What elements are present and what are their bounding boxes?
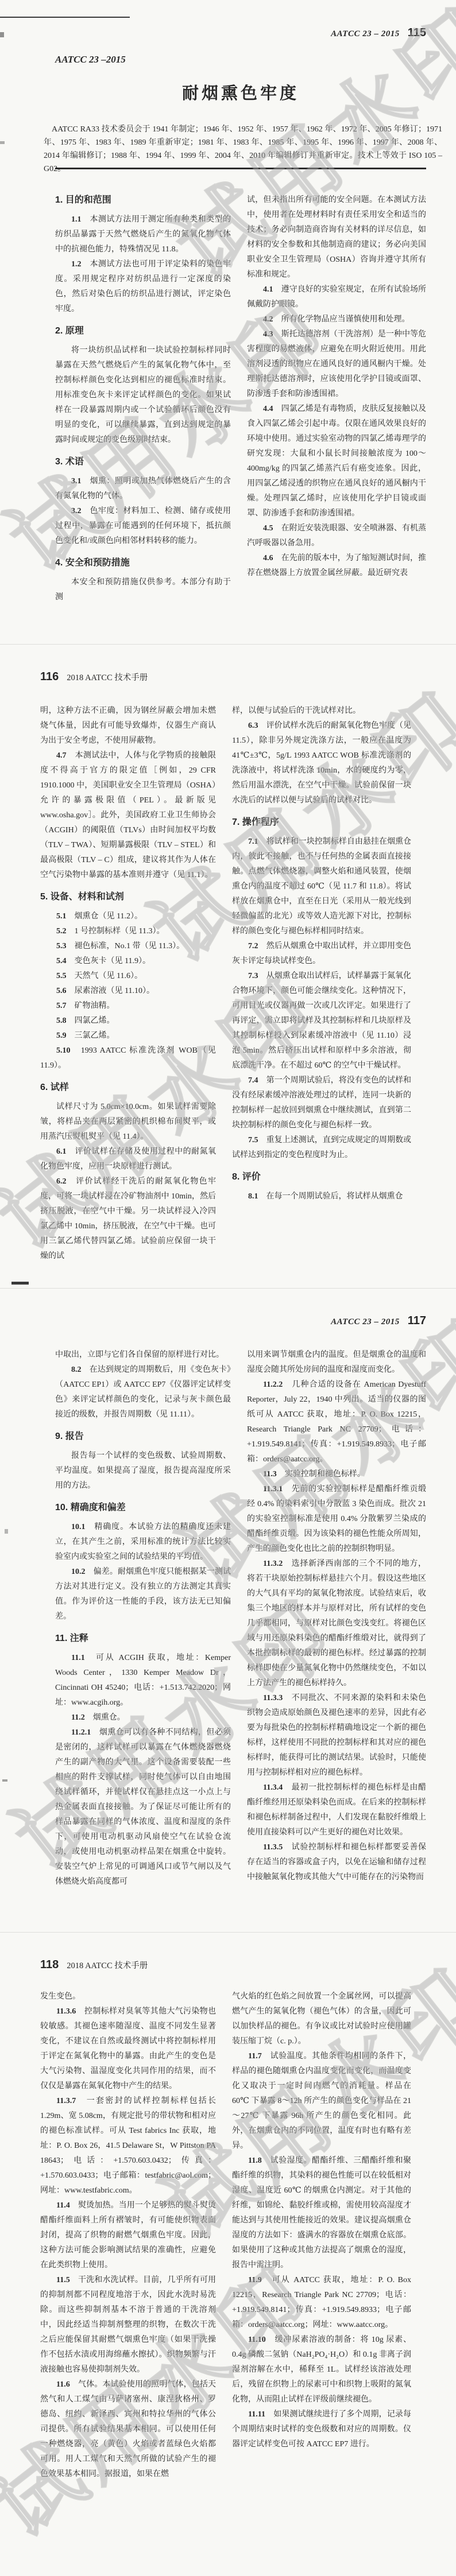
paragraph: 11.2.2几种合适的设备在 American Dyestuff Reporte… bbox=[247, 1378, 426, 1467]
scan-artifact bbox=[11, 1282, 29, 1285]
paragraph: 5.101993 AATCC 标准洗涤剂 WOB（见 11.9）。 bbox=[40, 1043, 216, 1073]
paragraph: 6.3评价试样水洗后的耐氮氧化物色牢度（见 11.5），除非另外规定洗涤方法，一… bbox=[232, 719, 411, 808]
clause-number: 11.3.2 bbox=[263, 1559, 292, 1568]
paragraph: 11.3.6控制标样对臭氧等其他大气污染物也较敏感。其褪色速率随湿度、温度不同发… bbox=[40, 2004, 216, 2094]
paragraph: 7.1将试样和一块控制标样自由悬挂在烟熏仓内，彼此不接触，也不与任何热的金属表面… bbox=[232, 835, 411, 939]
paragraph: 7.2然后从烟熏仓中取出试样，并立即用变色灰卡评定每块试样变色。 bbox=[232, 939, 411, 969]
clause-text: 气火焰的红色焰之间放置一个金属丝网，可以提高燃气产生的氮氧化物（褪色气体）的含量… bbox=[232, 1992, 411, 2046]
section-heading: 5. 设备、材料和试剂 bbox=[40, 890, 216, 905]
clause-number: 8.1 bbox=[248, 1192, 266, 1201]
clause-text: 发生变色。 bbox=[40, 1992, 80, 2001]
paragraph: 1.1本测试方法用于测定所有种类和类型的纺织品暴露于天然气燃烧后产生的氮氧化物气… bbox=[55, 212, 231, 257]
clause-text: 试验湿度。醋酯纤维、三醋酯纤维和聚酯纤维的织物，其染料的褪色性能可以在较低相对湿… bbox=[232, 2156, 411, 2269]
paragraph: 5.8四氯乙烯。 bbox=[40, 1014, 216, 1029]
paragraph: 将一块纺织品试样和一块试验控制标样同时暴露在天然气燃烧后产生的氮氧化物气体中，至… bbox=[55, 343, 231, 448]
document-title: 耐烟熏色牢度 bbox=[55, 80, 426, 104]
paragraph: 5.6尿素溶液（见 11.10）。 bbox=[40, 984, 216, 999]
paragraph: 中取出，立即与它们各自保留的原样进行对比。 bbox=[55, 1348, 231, 1363]
clause-number: 10.1 bbox=[71, 1523, 94, 1531]
paragraph: 11.3实验控制和褪色标样。 bbox=[247, 1467, 426, 1482]
scanned-document: 试用水印 试用水印 AATCC 23 – 2015115 AATCC 23 –2… bbox=[0, 0, 456, 2576]
section-heading: 10. 精确度和偏差 bbox=[55, 1500, 231, 1515]
two-column-body: 中取出，立即与它们各自保留的原样进行对比。8.2在达到规定的周期数后，用《变色灰… bbox=[55, 1348, 426, 1890]
clause-text: 将试样和一块控制标样自由悬挂在烟熏仓内，彼此不接触，也不与任何热的金属表面直接接… bbox=[232, 837, 411, 936]
clause-number: 4.2 bbox=[263, 315, 281, 324]
paragraph: 4.2所有化学物品应当谨慎使用和处理。 bbox=[247, 312, 426, 327]
clause-number: 1.1 bbox=[71, 215, 90, 224]
paragraph: 11.10缓冲尿素溶液的制备：将 10g 尿素、0.4g 磷酸二氢钠（NaH₂P… bbox=[232, 2333, 411, 2407]
two-column-body: 1. 目的和范围1.1本测试方法用于测定所有种类和类型的纺织品暴露于天然气燃烧后… bbox=[55, 193, 426, 605]
running-header: AATCC 23 – 2015117 bbox=[55, 1314, 426, 1328]
clause-text: 试，但未指出所有可能的安全问题。在本测试方法中，使用者在处理材料时有责任采用安全… bbox=[247, 196, 426, 279]
clause-text: 以用来调节烟熏仓内的温度。但是烟熏仓的温度和湿度会随其所处房间的温度和湿度而变化… bbox=[247, 1351, 426, 1374]
clause-text: 控制标样对臭氧等其他大气污染物也较敏感。其褪色速率随湿度、温度不同发生显著变化，… bbox=[40, 2007, 216, 2090]
paragraph: 以用来调节烟熏仓内的温度。但是烟熏仓的温度和湿度会随其所处房间的温度和湿度而变化… bbox=[247, 1348, 426, 1378]
section-heading: 2. 原理 bbox=[55, 324, 231, 339]
column-left: 明，这种方法不正确，因为钢丝屏蔽会增加未燃烧气体量，因此有可能导致爆炸，仪器生产… bbox=[40, 704, 216, 1264]
section-heading: 4. 安全和预防措施 bbox=[55, 556, 231, 571]
clause-text: 1 号控制标样（见 11.3）。 bbox=[75, 927, 165, 936]
paragraph: 11.3.7一套密封的试样控制标样包括长 1.29m、宽 5.08cm，有规定批… bbox=[40, 2094, 216, 2198]
clause-number: 11.11 bbox=[248, 2410, 273, 2419]
scan-artifact bbox=[0, 32, 4, 37]
paragraph: 4.7本测试法中，人体与化学物质的接触限度不得高于官方的限定值［例如，29 CF… bbox=[40, 748, 216, 883]
paragraph: 8.1在每一个周期试验后，将试样从烟熏仓 bbox=[232, 1189, 411, 1204]
column-left: 1. 目的和范围1.1本测试方法用于测定所有种类和类型的纺织品暴露于天然气燃烧后… bbox=[55, 193, 231, 605]
clause-number: 8.2 bbox=[71, 1365, 90, 1374]
paragraph: 11.6气体。本试验使用的照明气体，包括天然气和人工煤气由马萨诸塞州、康涅狄格州… bbox=[40, 2377, 216, 2482]
clause-text: 变色灰卡（见 11.9）。 bbox=[75, 957, 150, 965]
paragraph: 5.21 号控制标样（见 11.3）。 bbox=[40, 924, 216, 939]
page-117: 试用水印 试用水印 AATCC 23 – 2015117 中取出，立即与它们各自… bbox=[0, 1288, 456, 1932]
clause-number: 11.1 bbox=[71, 1654, 96, 1662]
paragraph: 11.8试验湿度。醋酯纤维、三醋酯纤维和聚酯纤维的织物，其染料的褪色性能可以在较… bbox=[232, 2154, 411, 2273]
clause-text: 试样尺寸为 5.0cm×10.0cm。如果试样需要除皱，将样品夹在两层紧密的机织… bbox=[40, 1103, 216, 1141]
paragraph: 5.7矿物油精。 bbox=[40, 999, 216, 1014]
clause-number: 5.8 bbox=[56, 1017, 75, 1025]
paragraph: 明，这种方法不正确，因为钢丝屏蔽会增加未燃烧气体量，因此有可能导致爆炸，仪器生产… bbox=[40, 704, 216, 748]
clause-number: 11.3.1 bbox=[263, 1485, 292, 1493]
clause-number: 1.2 bbox=[71, 260, 90, 269]
paragraph: 4.5在附近安装洗眼器、安全喷淋器、有机蒸汽呼吸器以备急用。 bbox=[247, 521, 426, 551]
clause-text: 本测试法中，人体与化学物质的接触限度不得高于官方的限定值［例如，29 CFR 1… bbox=[40, 751, 216, 879]
paragraph: 6.1评价试样在存储及使用过程中的耐氮氧化物色牢度，应用一块原样进行测试。 bbox=[40, 1145, 216, 1174]
clause-text: 斯托达德溶剂（干洗溶剂）是一种中等危害程度的易燃液体，应避免在明火附近使用。用此… bbox=[247, 330, 426, 398]
clause-number: 7.2 bbox=[248, 942, 266, 951]
clause-text: 评价试样水洗后的耐氮氧化物色牢度（见 11.5），除非另外规定洗涤方法，一般应在… bbox=[232, 721, 411, 805]
clause-number: 3.2 bbox=[71, 507, 90, 515]
paragraph: 6.2评价试样经干洗后的耐氮氧化物色牢度，可将一块试样浸在冷矿物油剂中 10mi… bbox=[40, 1174, 216, 1264]
paragraph: 5.1烟熏仓（见 11.2）。 bbox=[40, 909, 216, 924]
clause-text: 三氯乙烯。 bbox=[75, 1031, 115, 1040]
paragraph: 3.1烟熏：照明或加热气体燃烧后产生的含有氮氧化物的气体。 bbox=[55, 474, 231, 504]
clause-text: 试验温度。其他条件均相同的条件下，样品的褪色随烟熏仓内温度变化而变化，而温度变化… bbox=[232, 2052, 411, 2150]
paragraph: 5.5天然气（见 11.6）。 bbox=[40, 969, 216, 984]
paragraph: 4.3斯托达德溶剂（干洗溶剂）是一种中等危害程度的易燃液体，应避免在明火附近使用… bbox=[247, 327, 426, 402]
clause-text: 几种合适的设备在 American Dyestuff Reporter，July… bbox=[247, 1380, 426, 1464]
clause-number: 11.6 bbox=[56, 2380, 78, 2389]
clause-number: 11.3.7 bbox=[56, 2097, 87, 2105]
clause-text: 样，以便与试验后的干洗试样对比。 bbox=[232, 707, 361, 715]
clause-text: 不同批次、不同来源的染料和未染色织物会造成原始颜色及褪色速率的差异，因此有必要为… bbox=[247, 1694, 426, 1777]
clause-text: 从烟熏仓取出试样后，试样暴露于氮氧化合物环境下，颜色可能会继续变化。这种情况下，… bbox=[232, 972, 411, 1070]
clause-text: 先前的实验控制标样是醋酯纤维贡缎经 0.4% 的染料索引中分散蓝 3 染色而成。… bbox=[247, 1485, 426, 1553]
paragraph: 4.6在先前的版本中，为了缩短测试时间，推荐在燃烧器上方放置金属丝屏蔽。最近研究… bbox=[247, 551, 426, 581]
header-standard-code: AATCC 23 – 2015 bbox=[331, 1317, 400, 1326]
clause-number: 11.8 bbox=[248, 2156, 270, 2165]
clause-number: 5.6 bbox=[56, 987, 75, 995]
page-number: 118 bbox=[40, 1958, 59, 1971]
page-116: 试用水印 试用水印 1162018 AATCC 技术手册 明，这种方法不正确，因… bbox=[0, 644, 456, 1288]
paragraph: 11.3.2选择新泽西南部的三个不同的地方，将若干块原始控制标样悬挂六个月。假设… bbox=[247, 1557, 426, 1691]
clause-number: 11.2.1 bbox=[71, 1728, 99, 1737]
column-right: 试，但未指出所有可能的安全问题。在本测试方法中，使用者在处理材料时有责任采用安全… bbox=[247, 193, 426, 605]
clause-text: 熨烫加热。当用一个足够热的熨斗熨烫醋酯纤维面料上所有褶皱时，有可能使织物表面封闭… bbox=[40, 2201, 216, 2269]
paragraph: 本安全和预防措施仅供参考。本部分有助于测 bbox=[55, 575, 231, 605]
clause-number: 5.1 bbox=[56, 912, 75, 921]
clause-text: 气体。本试验使用的照明气体，包括天然气和人工煤气由马萨诸塞州、康涅狄格州、罗德岛… bbox=[40, 2380, 216, 2478]
clause-number: 7.3 bbox=[248, 972, 266, 980]
clause-number: 5.4 bbox=[56, 957, 75, 965]
clause-text: 缓冲尿素溶液的制备：将 10g 尿素、0.4g 磷酸二氢钠（NaH₂PO₄·H₂… bbox=[232, 2336, 411, 2404]
clause-number: 5.5 bbox=[56, 972, 75, 980]
paragraph: 11.1可从 ACGIH 获取，地址：Kemper Woods Center，1… bbox=[55, 1651, 231, 1710]
page-number: 117 bbox=[408, 1314, 426, 1327]
clause-text: 烟熏仓。 bbox=[93, 1713, 125, 1722]
page-115: 试用水印 试用水印 AATCC 23 – 2015115 AATCC 23 –2… bbox=[0, 0, 456, 644]
clause-number: 4.6 bbox=[263, 554, 281, 562]
clause-number: 11.3 bbox=[263, 1470, 285, 1479]
paragraph: 10.1精确度。本试验方法的精确度还未建立，在其产生之前，采用标准的统计方法比较… bbox=[55, 1520, 231, 1565]
clause-text: 四氯乙烯。 bbox=[75, 1017, 115, 1025]
clause-number: 11.10 bbox=[248, 2336, 275, 2344]
clause-text: 烟熏仓（见 11.2）。 bbox=[75, 912, 142, 921]
clause-text: 一套密封的试样控制标样包括长 1.29m、宽 5.08cm，有规定批号的带状物和… bbox=[40, 2097, 216, 2195]
paragraph: 11.7试验温度。其他条件均相同的条件下，样品的褪色随烟熏仓内温度变化而变化，而… bbox=[232, 2049, 411, 2154]
paragraph: 11.5干洗和水洗试样。目前，几乎所有可用的抑制剂都不同程度地溶于水，因此水洗时… bbox=[40, 2273, 216, 2377]
paragraph: 8.2在达到规定的周期数后，用《变色灰卡》（AATCC EP1）或 AATCC … bbox=[55, 1363, 231, 1422]
running-header: 1182018 AATCC 技术手册 bbox=[40, 1958, 148, 1972]
paragraph: 11.3.3不同批次、不同来源的染料和未染色织物会造成原始颜色及褪色速率的差异，… bbox=[247, 1691, 426, 1780]
section-heading: 3. 术语 bbox=[55, 455, 231, 470]
paragraph: 4.1遵守良好的实验室规定，在所有试验场所佩戴防护眼镜。 bbox=[247, 282, 426, 312]
column-left: 中取出，立即与它们各自保留的原样进行对比。8.2在达到规定的周期数后，用《变色灰… bbox=[55, 1348, 231, 1890]
clause-text: 褪色标准，No.1 带（见 11.3）。 bbox=[75, 942, 185, 951]
paragraph: 7.5重复上述测试，直到完成规定的周期数或试样达到指定的变色程度时为止。 bbox=[232, 1133, 411, 1163]
clause-text: 尿素溶液（见 11.10）。 bbox=[75, 987, 154, 995]
paragraph: 报告每一个试样的变色级数、试验周期数、平均温度。如果提高了湿度，报告提高湿度所采… bbox=[55, 1449, 231, 1493]
header-standard-code: AATCC 23 – 2015 bbox=[331, 29, 400, 38]
paragraph: 5.3褪色标准，No.1 带（见 11.3）。 bbox=[40, 939, 216, 954]
paragraph: 5.4变色灰卡（见 11.9）。 bbox=[40, 954, 216, 969]
clause-number: 11.3.6 bbox=[56, 2007, 84, 2016]
clause-number: 11.7 bbox=[248, 2052, 270, 2061]
clause-text: 矿物油精。 bbox=[75, 1002, 115, 1010]
section-heading: 7. 操作程序 bbox=[232, 815, 411, 830]
clause-text: 在每一个周期试验后，将试样从烟熏仓 bbox=[266, 1192, 403, 1201]
clause-number: 10.2 bbox=[71, 1568, 94, 1576]
clause-text: 选择新泽西南部的三个不同的地方，将若干块原始控制标样悬挂六个月。假设这些地区的大… bbox=[247, 1559, 426, 1687]
two-column-body: 发生变色。11.3.6控制标样对臭氧等其他大气污染物也较敏感。其褪色速率随湿度、… bbox=[40, 1989, 411, 2482]
paragraph: 10.2偏差。耐烟熏色牢度只能根据某一测试方法对其进行定义。没有独立的方法测定其… bbox=[55, 1565, 231, 1624]
divider-rule bbox=[55, 168, 426, 169]
scan-artifact bbox=[5, 1529, 8, 1534]
clause-text: 将一块纺织品试样和一块试验控制标样同时暴露在天然气燃烧后产生的氮氧化物气体中，至… bbox=[55, 346, 231, 444]
paragraph: 11.3.1先前的实验控制标样是醋酯纤维贡缎经 0.4% 的染料索引中分散蓝 3… bbox=[247, 1482, 426, 1557]
clause-number: 7.4 bbox=[248, 1076, 266, 1085]
clause-text: 四氯乙烯是有毒物质，皮肤反复接触以及食入四氯乙烯会引起中毒。仅限在通风效果良好的… bbox=[247, 405, 426, 518]
clause-number: 7.5 bbox=[248, 1136, 266, 1145]
scan-artifact bbox=[2, 1779, 7, 1782]
clause-number: 6.3 bbox=[248, 721, 266, 730]
clause-number: 3.1 bbox=[71, 477, 90, 486]
paragraph: 11.9可从 AATCC 获取，地址：P. O. Box 12215，Resea… bbox=[232, 2273, 411, 2333]
column-right: 气火焰的红色焰之间放置一个金属丝网，可以提高燃气产生的氮氧化物（褪色气体）的含量… bbox=[232, 1989, 411, 2482]
paragraph: 11.3.5试验控制标样和褪色标样都要妥善保存在适当的容器或盒子内，以免在运输和… bbox=[247, 1840, 426, 1885]
paragraph: 发生变色。 bbox=[40, 1989, 216, 2004]
section-heading: 9. 报告 bbox=[55, 1429, 231, 1444]
clause-number: 11.3.3 bbox=[263, 1694, 292, 1702]
clause-number: 4.1 bbox=[263, 285, 281, 294]
clause-number: 4.5 bbox=[263, 524, 281, 533]
clause-number: 11.4 bbox=[56, 2201, 78, 2210]
paragraph: 11.11如果测试继续进行了多个周期，记录每个周期结束时试样的变色级数和对应的周… bbox=[232, 2407, 411, 2452]
clause-text: 报告每一个试样的变色级数、试验周期数、平均温度。如果提高了湿度，报告提高湿度所采… bbox=[55, 1452, 231, 1490]
two-column-body: 明，这种方法不正确，因为钢丝屏蔽会增加未燃烧气体量，因此有可能导致爆炸，仪器生产… bbox=[40, 704, 411, 1264]
paragraph: 气火焰的红色焰之间放置一个金属丝网，可以提高燃气产生的氮氧化物（褪色气体）的含量… bbox=[232, 1989, 411, 2049]
clause-number: 11.9 bbox=[248, 2276, 272, 2284]
clause-text: 评价试样经干洗后的耐氮氧化物色牢度，可将一块试样浸在冷矿物油剂中 10min，然… bbox=[40, 1177, 216, 1260]
clause-number: 4.3 bbox=[263, 330, 281, 339]
paragraph: 3.2色牢度：材料加工、检测、储存或使用过程中，暴露在可能遇到的任何环境下，抵抗… bbox=[55, 504, 231, 549]
clause-number: 11.3.4 bbox=[263, 1783, 292, 1792]
paragraph: 试样尺寸为 5.0cm×10.0cm。如果试样需要除皱，将样品夹在两层紧密的机织… bbox=[40, 1100, 216, 1145]
scan-artifact bbox=[0, 17, 130, 18]
clause-text: 明，这种方法不正确，因为钢丝屏蔽会增加未燃烧气体量，因此有可能导致爆炸，仪器生产… bbox=[40, 707, 216, 745]
clause-number: 7.1 bbox=[248, 837, 266, 846]
paragraph: 样，以便与试验后的干洗试样对比。 bbox=[232, 704, 411, 719]
section-heading: 6. 试样 bbox=[40, 1080, 216, 1095]
clause-text: 实验控制和褪色标样。 bbox=[285, 1470, 365, 1479]
paragraph: 11.2烟熏仓。 bbox=[55, 1710, 231, 1725]
paragraph: 1.2本测试方法也可用于评定染料的染色牢度。采用规定程序对纺织品进行一定深度的染… bbox=[55, 257, 231, 317]
section-heading: 1. 目的和范围 bbox=[55, 193, 231, 208]
clause-number: 4.7 bbox=[56, 751, 75, 760]
clause-number: 11.5 bbox=[56, 2276, 78, 2284]
header-manual-title: 2018 AATCC 技术手册 bbox=[67, 1961, 148, 1970]
header-manual-title: 2018 AATCC 技术手册 bbox=[67, 673, 148, 682]
column-right: 以用来调节烟熏仓内的温度。但是烟熏仓的温度和湿度会随其所处房间的温度和湿度而变化… bbox=[247, 1348, 426, 1890]
clause-number: 11.2 bbox=[71, 1713, 93, 1722]
column-right: 样，以便与试验后的干洗试样对比。6.3评价试样水洗后的耐氮氧化物色牢度（见 11… bbox=[232, 704, 411, 1264]
section-heading: 8. 评价 bbox=[232, 1170, 411, 1185]
paragraph: 试，但未指出所有可能的安全问题。在本测试方法中，使用者在处理材料时有责任采用安全… bbox=[247, 193, 426, 282]
clause-number: 11.3.5 bbox=[263, 1843, 292, 1852]
clause-number: 11.2.2 bbox=[263, 1380, 292, 1389]
clause-text: 中取出，立即与它们各自保留的原样进行对比。 bbox=[55, 1351, 224, 1359]
scan-artifact bbox=[0, 141, 5, 144]
paragraph: 7.4第一个周期试验后，将没有变色的试样和没有经尿素缓冲溶液处理过的试样，连同一… bbox=[232, 1073, 411, 1133]
page-number: 116 bbox=[40, 670, 59, 683]
paragraph: 4.4四氯乙烯是有毒物质，皮肤反复接触以及食入四氯乙烯会引起中毒。仅限在通风效果… bbox=[247, 402, 426, 521]
clause-number: 5.9 bbox=[56, 1031, 75, 1040]
clause-text: 所有化学物品应当谨慎使用和处理。 bbox=[281, 315, 410, 324]
running-header: 1162018 AATCC 技术手册 bbox=[40, 670, 148, 684]
page-118: 试用水印 试用水印 1182018 AATCC 技术手册 发生变色。11.3.6… bbox=[0, 1932, 456, 2576]
paragraph: 5.9三氯乙烯。 bbox=[40, 1029, 216, 1043]
clause-number: 5.10 bbox=[56, 1046, 81, 1055]
clause-number: 4.4 bbox=[263, 405, 281, 413]
clause-text: 天然气（见 11.6）。 bbox=[75, 972, 142, 980]
clause-text: 干洗和水洗试样。目前，几乎所有可用的抑制剂都不同程度地溶于水，因此水洗时易洗除。… bbox=[40, 2276, 216, 2374]
clause-number: 5.2 bbox=[56, 927, 75, 936]
page-number: 115 bbox=[408, 26, 426, 39]
clause-number: 6.1 bbox=[56, 1147, 75, 1156]
clause-text: 烟熏仓可以有各种不同结构，但必须是密闭的，这样试样可以暴露在气体燃烧器燃烧产生的… bbox=[55, 1728, 231, 1886]
clause-number: 6.2 bbox=[56, 1177, 76, 1186]
paragraph: 11.3.4最初一批控制标样的褪色标样是由醋酯纤维经用还原染料染色而成。在后来的… bbox=[247, 1780, 426, 1840]
clause-number: 5.7 bbox=[56, 1002, 75, 1010]
column-left: 发生变色。11.3.6控制标样对臭氧等其他大气污染物也较敏感。其褪色速率随湿度、… bbox=[40, 1989, 216, 2482]
running-header: AATCC 23 – 2015115 bbox=[55, 26, 426, 40]
section-heading: 11. 注释 bbox=[55, 1631, 231, 1646]
clause-number: 5.3 bbox=[56, 942, 75, 951]
paragraph: 11.4熨烫加热。当用一个足够热的熨斗熨烫醋酯纤维面料上所有褶皱时，有可能使织物… bbox=[40, 2198, 216, 2273]
standard-code: AATCC 23 –2015 bbox=[55, 54, 126, 65]
clause-text: 本安全和预防措施仅供参考。本部分有助于测 bbox=[55, 578, 231, 602]
paragraph: 11.2.1烟熏仓可以有各种不同结构，但必须是密闭的，这样试样可以暴露在气体燃烧… bbox=[55, 1725, 231, 1890]
paragraph: 7.3从烟熏仓取出试样后，试样暴露于氮氧化合物环境下，颜色可能会继续变化。这种情… bbox=[232, 969, 411, 1073]
